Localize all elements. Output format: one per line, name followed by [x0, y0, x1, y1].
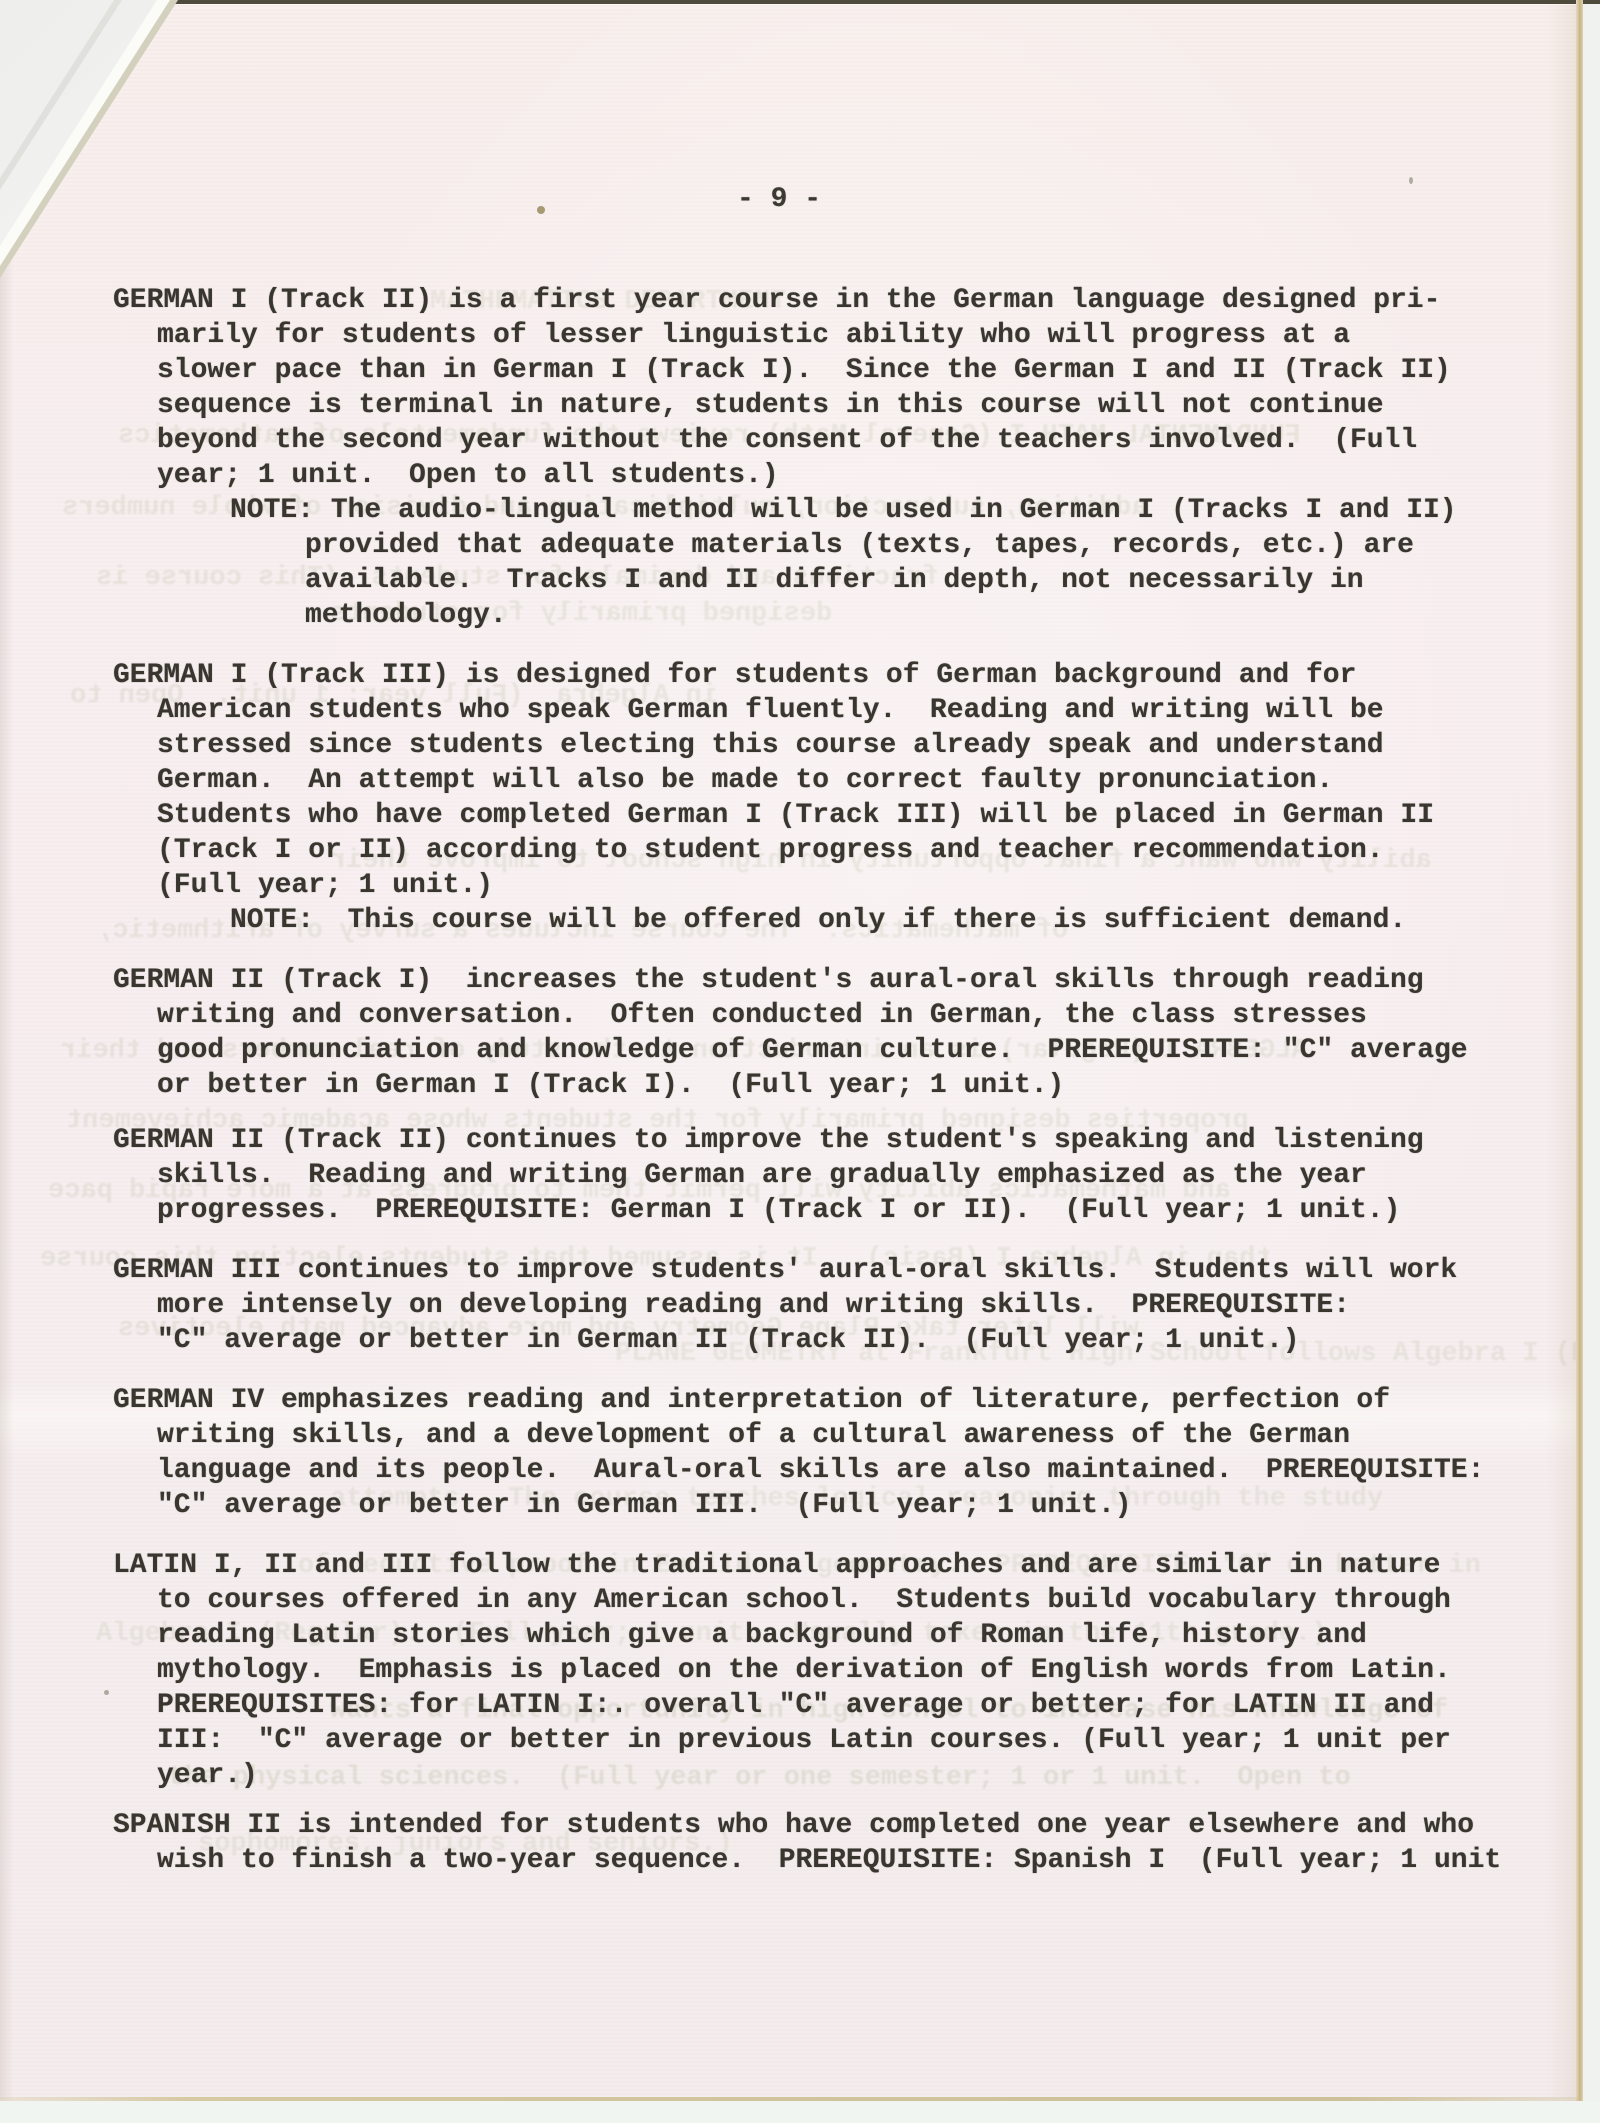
text-line: marily for students of lesser linguistic…: [113, 318, 1543, 353]
text-line: wish to finish a two-year sequence. PRER…: [113, 1843, 1543, 1878]
text-column: GERMAN I (Track II) is a first year cour…: [113, 283, 1543, 1903]
text-line: writing skills, and a development of a c…: [113, 1418, 1543, 1453]
left-edge-shadow: [0, 250, 14, 2123]
text-line: year; 1 unit. Open to all students.): [113, 458, 1543, 493]
text-line: reading Latin stories which give a backg…: [113, 1618, 1543, 1653]
text-line: beyond the second year without the conse…: [113, 423, 1543, 458]
fold-hairline: [0, 0, 320, 320]
paragraph-german-1-track-2: GERMAN I (Track II) is a first year cour…: [113, 283, 1543, 633]
paragraph-latin-1-2-3: LATIN I, II and III follow the tradition…: [113, 1548, 1543, 1793]
text-line: German. An attempt will also be made to …: [113, 763, 1543, 798]
paragraph-german-2-track-2: GERMAN II (Track II) continues to improv…: [113, 1123, 1543, 1228]
text-line: sequence is terminal in nature, students…: [113, 388, 1543, 423]
text-line: LATIN I, II and III follow the tradition…: [113, 1548, 1543, 1583]
paragraph-german-2-track-1: GERMAN II (Track I) increases the studen…: [113, 963, 1543, 1103]
fold-inner-core: [0, 0, 320, 320]
text-line: GERMAN IV emphasizes reading and interpr…: [113, 1383, 1543, 1418]
text-line: GERMAN I (Track II) is a first year cour…: [113, 283, 1543, 318]
text-line: GERMAN II (Track II) continues to improv…: [113, 1123, 1543, 1158]
text-line: to courses offered in any American schoo…: [113, 1583, 1543, 1618]
ink-speck: [537, 206, 545, 214]
paragraph-spanish-2: SPANISH II is intended for students who …: [113, 1808, 1543, 1878]
text-line: NOTE: This course will be offered only i…: [113, 903, 1543, 938]
text-line: NOTE: The audio-lingual method will be u…: [113, 493, 1543, 528]
text-line: GERMAN I (Track III) is designed for stu…: [113, 658, 1543, 693]
text-line: good pronunciation and knowledge of Germ…: [113, 1033, 1543, 1068]
text-line: (Track I or II) according to student pro…: [113, 833, 1543, 868]
page-right-edge: [1576, 0, 1583, 2105]
text-line: provided that adequate materials (texts,…: [113, 528, 1543, 563]
text-line: writing and conversation. Often conducte…: [113, 998, 1543, 1033]
text-line: or better in German I (Track I). (Full y…: [113, 1068, 1543, 1103]
text-line: GERMAN II (Track I) increases the studen…: [113, 963, 1543, 998]
text-line: (Full year; 1 unit.): [113, 868, 1543, 903]
folded-corner: [0, 0, 320, 320]
text-line: PREREQUISITES: for LATIN I:. overall "C"…: [113, 1688, 1543, 1723]
page-top-edge: [146, 0, 1600, 4]
text-line: mythology. Emphasis is placed on the der…: [113, 1653, 1543, 1688]
fold-white-sliver: [0, 0, 320, 320]
text-line: skills. Reading and writing German are g…: [113, 1158, 1543, 1193]
page-number: - 9 -: [737, 184, 821, 215]
text-line: III: "C" average or better in previous L…: [113, 1723, 1543, 1758]
text-line: GERMAN III continues to improve students…: [113, 1253, 1543, 1288]
ink-speck: [1409, 177, 1413, 184]
text-line: Students who have completed German I (Tr…: [113, 798, 1543, 833]
fold-core: [0, 0, 320, 320]
fold-inner-line: [0, 0, 320, 320]
scanner-strip-bottom: [0, 2101, 1600, 2123]
paragraph-german-3: GERMAN III continues to improve students…: [113, 1253, 1543, 1358]
paragraph-german-1-track-3: GERMAN I (Track III) is designed for stu…: [113, 658, 1543, 938]
text-line: methodology.: [113, 598, 1543, 633]
ink-speck: [104, 1690, 109, 1695]
text-line: SPANISH II is intended for students who …: [113, 1808, 1543, 1843]
text-line: stressed since students electing this co…: [113, 728, 1543, 763]
text-line: "C" average or better in German II (Trac…: [113, 1323, 1543, 1358]
text-line: language and its people. Aural-oral skil…: [113, 1453, 1543, 1488]
text-line: available. Tracks I and II differ in dep…: [113, 563, 1543, 598]
text-line: "C" average or better in German III. (Fu…: [113, 1488, 1543, 1523]
scanned-document-page: MATHEMATICS DEPARTMENTFUNDAMENTAL MATH I…: [0, 0, 1600, 2123]
text-line: progresses. PREREQUISITE: German I (Trac…: [113, 1193, 1543, 1228]
text-line: American students who speak German fluen…: [113, 693, 1543, 728]
scanner-strip-right: [1583, 4, 1600, 2123]
paragraph-german-4: GERMAN IV emphasizes reading and interpr…: [113, 1383, 1543, 1523]
text-line: year.): [113, 1758, 1543, 1793]
text-line: slower pace than in German I (Track I). …: [113, 353, 1543, 388]
text-line: more intensely on developing reading and…: [113, 1288, 1543, 1323]
